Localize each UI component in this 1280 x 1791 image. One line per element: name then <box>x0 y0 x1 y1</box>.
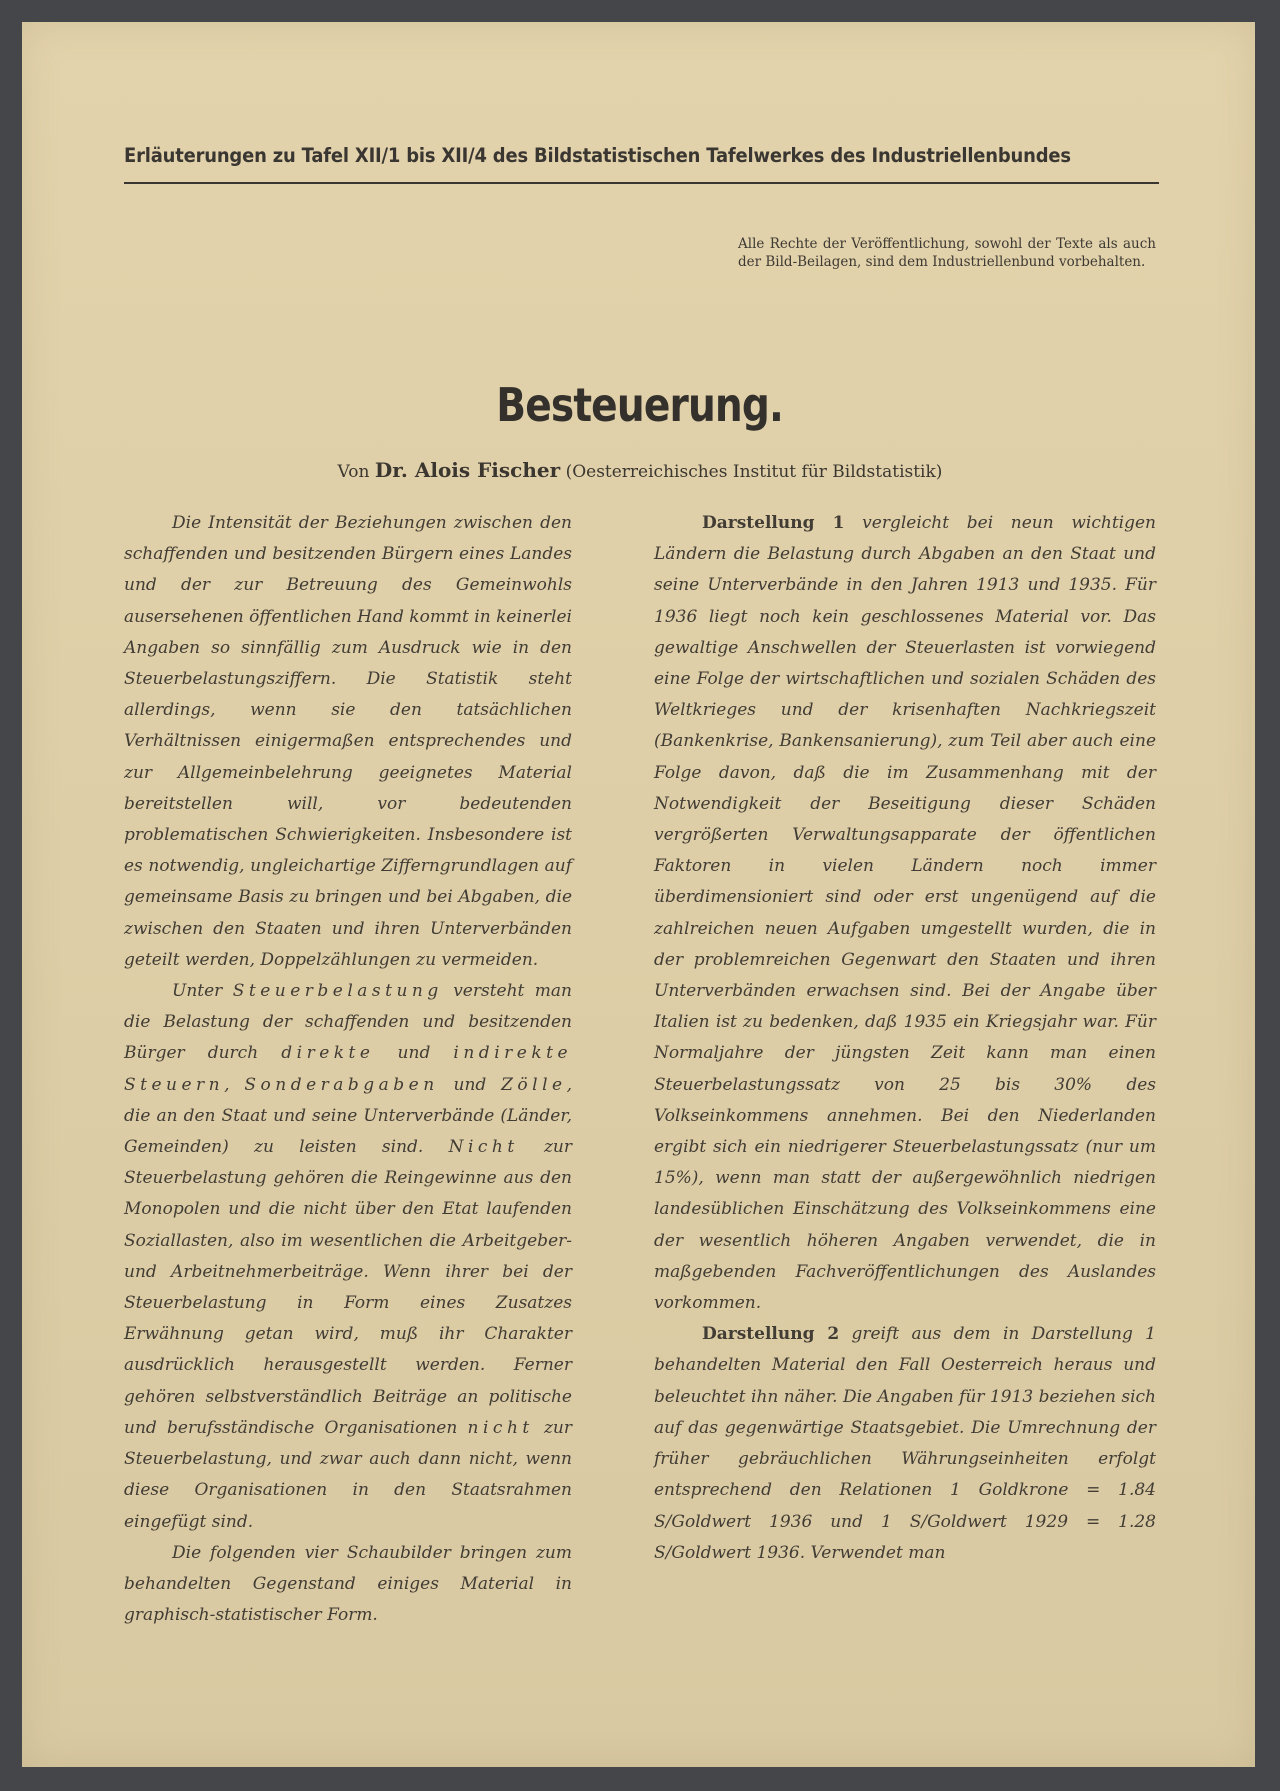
right-paragraph-1: Darstellung 1 vergleicht bei neun wichti… <box>654 508 1156 1319</box>
emphasis-run: Steuerbelastung <box>233 981 443 1001</box>
left-paragraph-3: Die folgenden vier Schaubilder bringen z… <box>124 1538 572 1632</box>
text-run: zur Steuerbelastung gehören die Reingewi… <box>124 1137 572 1438</box>
title-text: Besteuerung. <box>497 378 784 432</box>
author-affiliation: (Oesterreichisches Institut für Bildstat… <box>566 462 943 482</box>
emphasis-run: Zölle <box>501 1075 566 1095</box>
text-run: Unter <box>172 981 233 1001</box>
text-run: vergleicht bei neun wichtigen Ländern di… <box>654 513 1156 1313</box>
header-divider <box>124 182 1159 184</box>
left-column: Die Intensität der Beziehungen zwischen … <box>124 508 572 1631</box>
emphasis-run: Sonderabgaben <box>244 1075 438 1095</box>
emphasis-run: Nicht <box>449 1137 519 1157</box>
page-title: Besteuerung. <box>0 378 1280 432</box>
left-paragraph-2: Unter Steuerbelastung versteht man die B… <box>124 976 572 1538</box>
emphasis-run: direkte <box>281 1043 374 1063</box>
emphasis-run: nicht <box>468 1418 534 1438</box>
byline: Von Dr. Alois Fischer (Oesterreichisches… <box>0 458 1280 482</box>
right-paragraph-2: Darstellung 2 greift aus dem in Darstell… <box>654 1319 1156 1569</box>
rights-notice: Alle Rechte der Veröffentlichung, sowohl… <box>738 235 1156 271</box>
byline-prefix: Von <box>338 462 370 482</box>
right-column: Darstellung 1 vergleicht bei neun wichti… <box>654 508 1156 1569</box>
text-run: und <box>439 1075 501 1095</box>
section-lead-darstellung-1: Darstellung 1 <box>702 513 845 533</box>
text-run: greift aus dem in Darstellung 1 behandel… <box>654 1324 1156 1562</box>
left-paragraph-1: Die Intensität der Beziehungen zwischen … <box>124 508 572 976</box>
section-lead-darstellung-2: Darstellung 2 <box>702 1324 839 1344</box>
author-name: Dr. Alois Fischer <box>375 458 560 482</box>
text-run: und <box>374 1043 453 1063</box>
text-run: , <box>224 1075 244 1095</box>
document-header: Erläuterungen zu Tafel XII/1 bis XII/4 d… <box>124 144 1076 167</box>
